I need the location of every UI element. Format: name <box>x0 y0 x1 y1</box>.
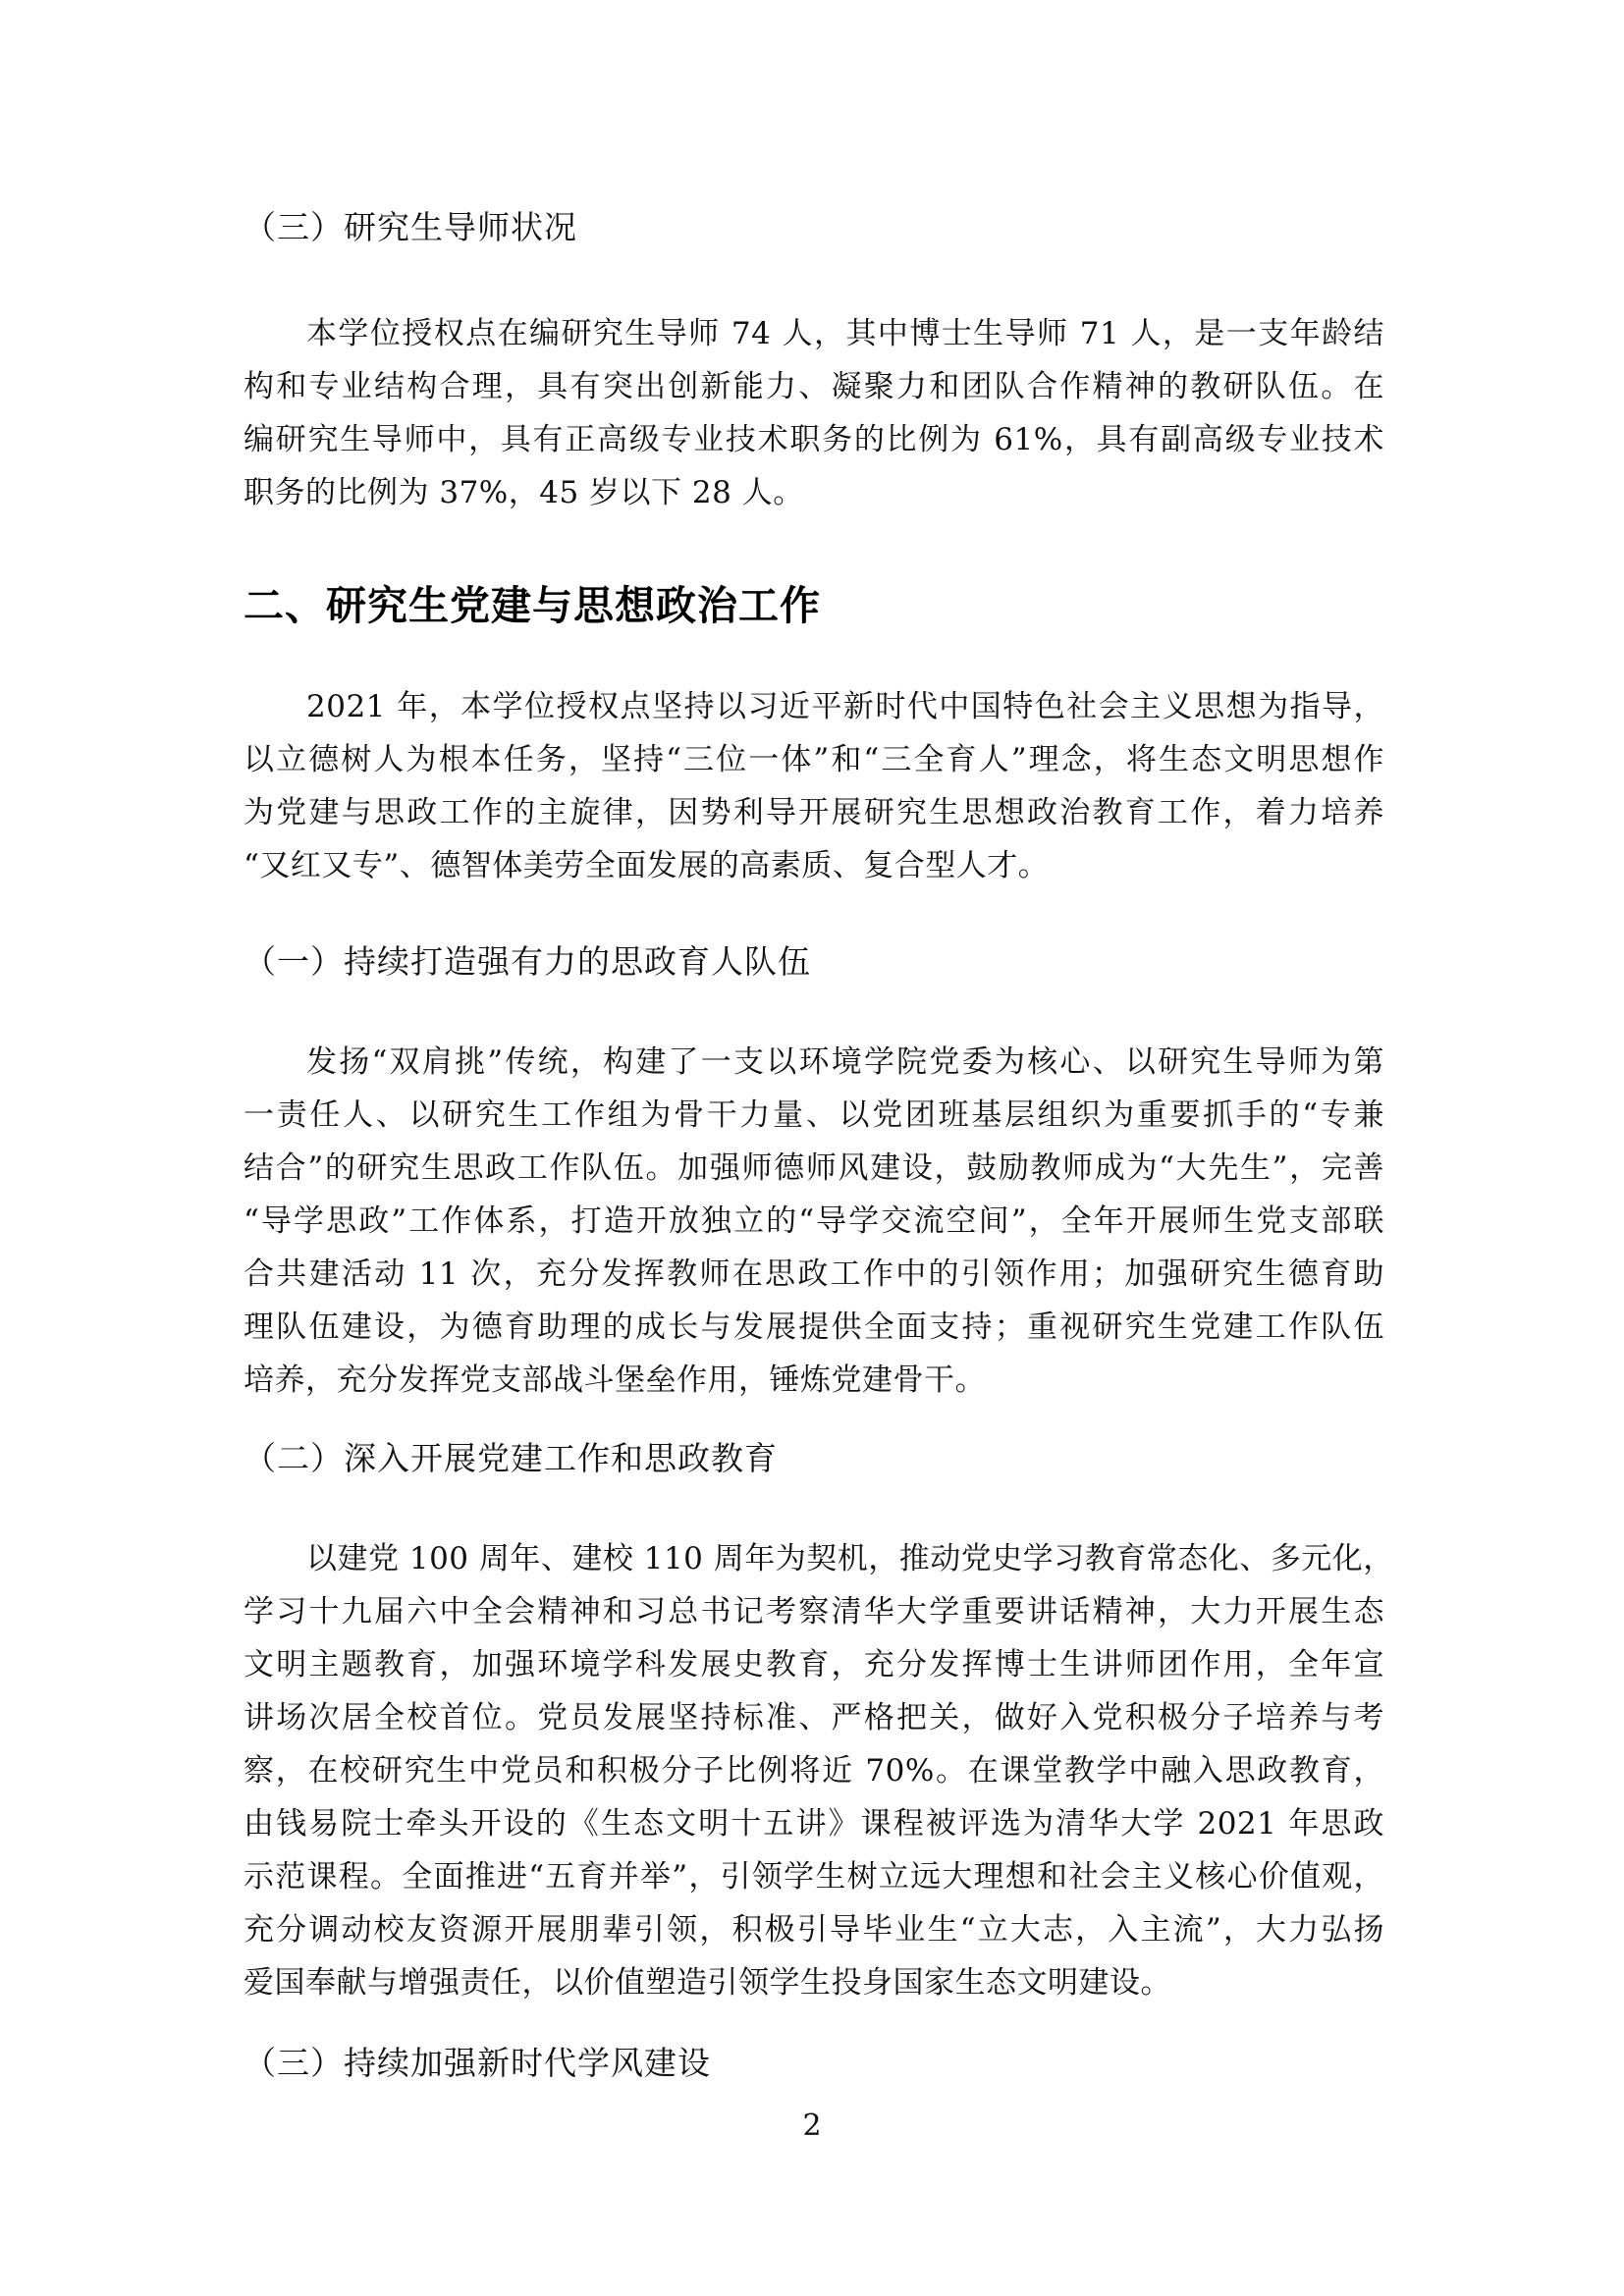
paragraph-subsection-1: 发扬“双肩挑”传统，构建了一支以环境学院党委为核心、以研究生导师为第 一责任人、… <box>244 1036 1384 1407</box>
text-line: 职务的比例为 37%，45 岁以下 28 人。 <box>244 466 1384 519</box>
text-line: 为党建与思政工作的主旋律，因势利导开展研究生思想政治教育工作，着力培养 <box>244 786 1384 839</box>
subsection-heading-1: （一）持续打造强有力的思政育人队伍 <box>244 942 811 982</box>
text-line: 合共建活动 11 次，充分发挥教师在思政工作中的引领作用；加强研究生德育助 <box>244 1248 1384 1301</box>
paragraph-subsection-2: 以建党 100 周年、建校 110 周年为契机，推动党史学习教育常态化、多元化，… <box>244 1532 1384 2009</box>
text-line: 文明主题教育，加强环境学科发展史教育，充分发挥博士生讲师团作用，全年宣 <box>244 1638 1384 1691</box>
page-number: 2 <box>0 2109 1624 2144</box>
chapter-heading-party-building: 二、研究生党建与思想政治工作 <box>244 581 821 630</box>
text-line: 爱国奉献与增强责任，以价值塑造引领学生投身国家生态文明建设。 <box>244 1956 1384 2009</box>
text-line: 学习十九届六中全会精神和习总书记考察清华大学重要讲话精神，大力开展生态 <box>244 1585 1384 1638</box>
paragraph-party-building-intro: 2021 年，本学位授权点坚持以习近平新时代中国特色社会主义思想为指导， 以立德… <box>244 680 1384 892</box>
text-line: 发扬“双肩挑”传统，构建了一支以环境学院党委为核心、以研究生导师为第 <box>244 1036 1384 1089</box>
text-line: 培养，充分发挥党支部战斗堡垒作用，锤炼党建骨干。 <box>244 1354 1384 1407</box>
text-line: “导学思政”工作体系，打造开放独立的“导学交流空间”，全年开展师生党支部联 <box>244 1195 1384 1248</box>
text-line: 察，在校研究生中党员和积极分子比例将近 70%。在课堂教学中融入思政教育， <box>244 1744 1384 1797</box>
text-line: 结合”的研究生思政工作队伍。加强师德师风建设，鼓励教师成为“大先生”，完善 <box>244 1142 1384 1195</box>
text-line: 以立德树人为根本任务，坚持“三位一体”和“三全育人”理念，将生态文明思想作 <box>244 733 1384 786</box>
text-line: 以建党 100 周年、建校 110 周年为契机，推动党史学习教育常态化、多元化， <box>244 1532 1384 1585</box>
text-line: “又红又专”、德智体美劳全面发展的高素质、复合型人才。 <box>244 839 1384 892</box>
text-line: 示范课程。全面推进“五育并举”，引领学生树立远大理想和社会主义核心价值观， <box>244 1850 1384 1903</box>
text-line: 2021 年，本学位授权点坚持以习近平新时代中国特色社会主义思想为指导， <box>244 680 1384 733</box>
text-line: 充分调动校友资源开展朋辈引领，积极引导毕业生“立大志，入主流”，大力弘扬 <box>244 1903 1384 1956</box>
subsection-heading-3: （三）持续加强新时代学风建设 <box>244 2044 711 2083</box>
text-line: 由钱易院士牵头开设的《生态文明十五讲》课程被评选为清华大学 2021 年思政 <box>244 1797 1384 1850</box>
paragraph-mentor-status: 本学位授权点在编研究生导师 74 人，其中博士生导师 71 人，是一支年龄结 构… <box>244 307 1384 519</box>
subsection-heading-2: （二）深入开展党建工作和思政教育 <box>244 1439 778 1478</box>
section-heading-mentor-status: （三）研究生导师状况 <box>244 208 577 247</box>
text-line: 讲场次居全校首位。党员发展坚持标准、严格把关，做好入党积极分子培养与考 <box>244 1691 1384 1744</box>
text-line: 编研究生导师中，具有正高级专业技术职务的比例为 61%，具有副高级专业技术 <box>244 413 1384 466</box>
text-line: 本学位授权点在编研究生导师 74 人，其中博士生导师 71 人，是一支年龄结 <box>244 307 1384 360</box>
text-line: 理队伍建设，为德育助理的成长与发展提供全面支持；重视研究生党建工作队伍 <box>244 1301 1384 1354</box>
text-line: 一责任人、以研究生工作组为骨干力量、以党团班基层组织为重要抓手的“专兼 <box>244 1089 1384 1142</box>
text-line: 构和专业结构合理，具有突出创新能力、凝聚力和团队合作精神的教研队伍。在 <box>244 360 1384 413</box>
